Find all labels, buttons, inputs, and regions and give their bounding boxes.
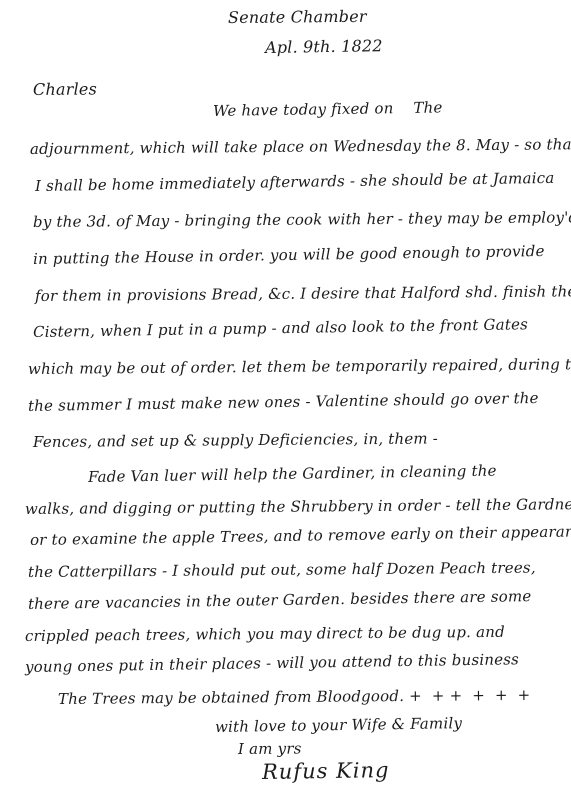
body-line-5: for them in provisions Bread, &c. I desi… <box>35 282 571 305</box>
body-line-2: I shall be home immediately afterwards -… <box>35 169 555 195</box>
body-line-11: walks, and digging or putting the Shrubb… <box>25 495 571 518</box>
body-line-17: The Trees may be obtained from Bloodgood… <box>58 686 531 708</box>
closing-line-2: I am yrs <box>238 739 302 758</box>
body-line-6: Cistern, when I put in a pump - and also… <box>33 315 528 341</box>
body-line-15: crippled peach trees, which you may dire… <box>25 623 505 645</box>
body-line-14: there are vacancies in the outer Garden.… <box>28 587 532 613</box>
body-line-4: in putting the House in order. you will … <box>33 242 545 268</box>
signature: Rufus King <box>262 758 390 784</box>
body-line-13: the Catterpillars - I should put out, so… <box>28 559 536 581</box>
body-line-10: Fade Van luer will help the Gardiner, in… <box>88 462 497 486</box>
body-line-16: young ones put in their places - will yo… <box>25 650 519 676</box>
body-line-3: by the 3d. of May - bringing the cook wi… <box>33 208 571 231</box>
body-line-7: which may be out of order. let them be t… <box>28 355 571 378</box>
letter-page: Senate Chamber Apl. 9th. 1822 Charles We… <box>0 0 571 800</box>
body-line-9: Fences, and set up & supply Deficiencies… <box>33 429 438 451</box>
closing-line-1: with love to your Wife & Family <box>215 714 462 736</box>
body-line-1: adjournment, which will take place on We… <box>30 135 571 158</box>
letter-date: Apl. 9th. 1822 <box>265 36 383 57</box>
body-line-12: or to examine the apple Trees, and to re… <box>30 522 571 549</box>
letter-salutation: Charles <box>33 79 97 99</box>
letter-place: Senate Chamber <box>228 7 367 27</box>
letter-opening-line: We have today fixed on The <box>213 98 443 120</box>
body-line-8: the summer I must make new ones - Valent… <box>28 389 539 415</box>
